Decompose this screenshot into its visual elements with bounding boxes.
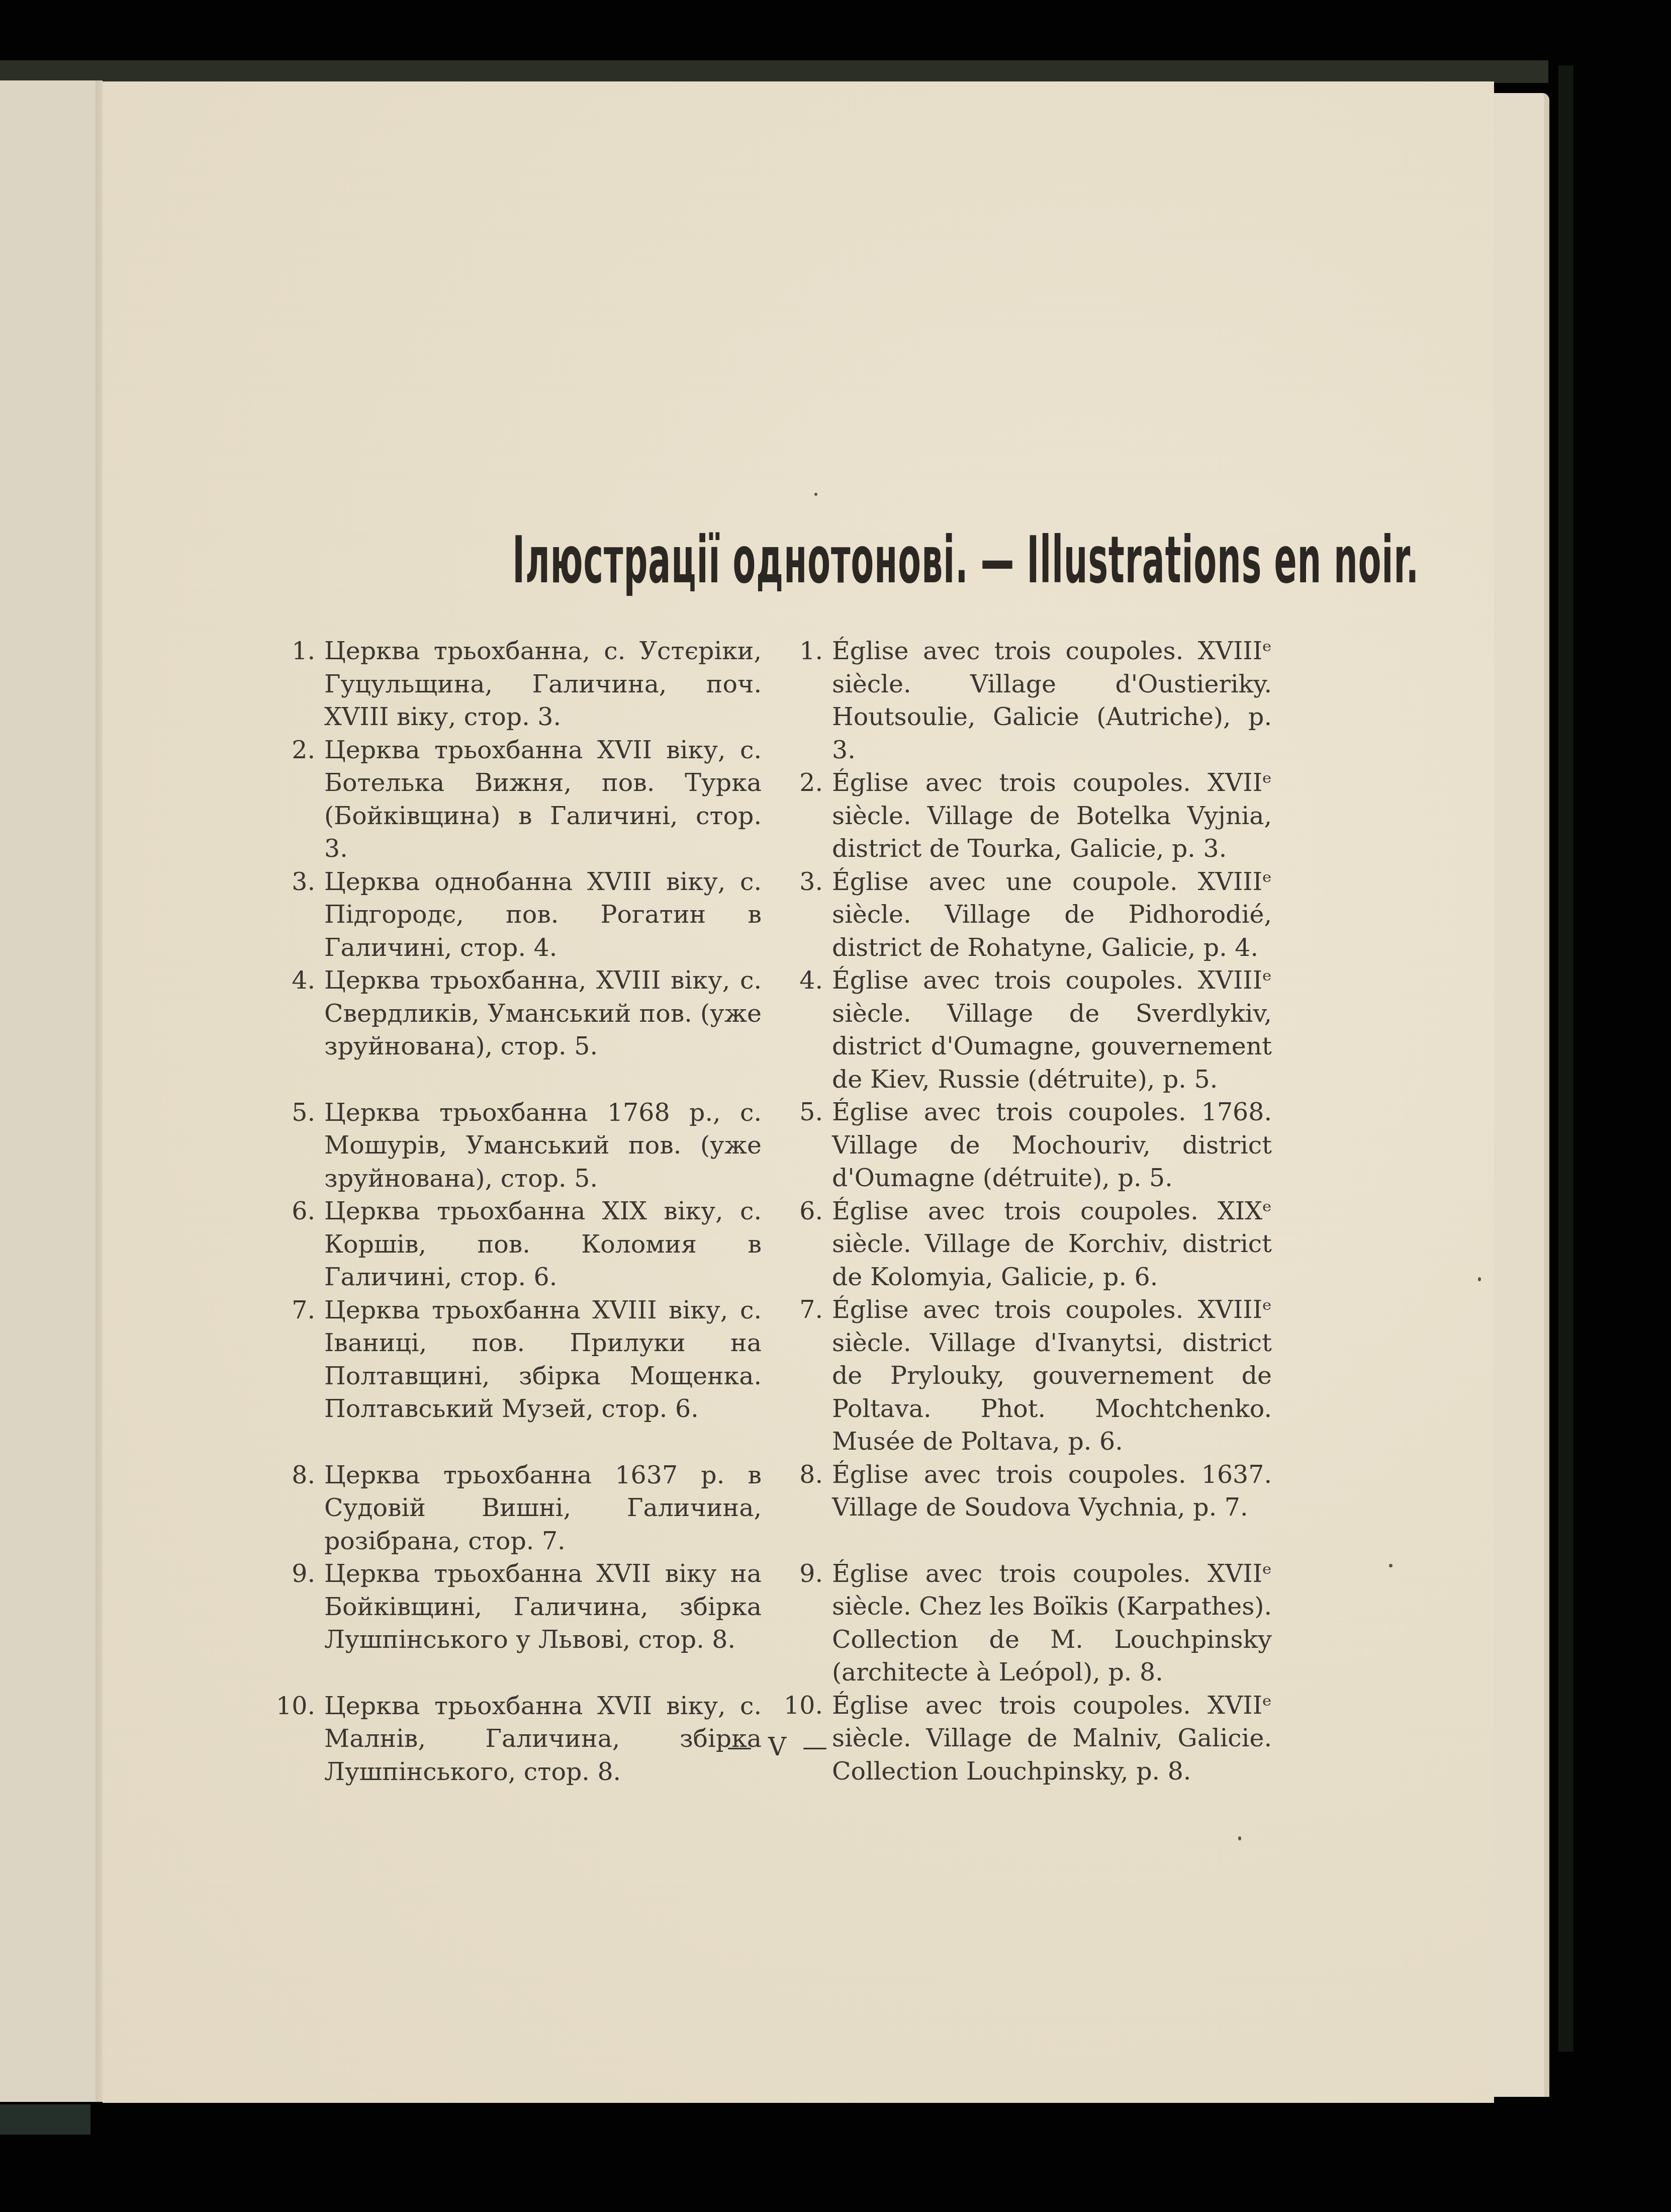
caption-entry: 3.Église avec une coupole. XVIIIᵉ siècle… (779, 865, 1272, 964)
entry-text: Церква однобанна XVIII віку, с. Підгород… (324, 865, 762, 964)
entry-number: 5. (271, 1096, 324, 1195)
caption-entry: 5.Церква трьохбанна 1768 р., с. Мошурів,… (271, 1096, 762, 1195)
caption-entry: 6.Церква трьохбанна XIX віку, с. Коршів,… (271, 1195, 762, 1294)
entry-text: Église avec trois coupoles. 1768. Villag… (832, 1096, 1272, 1195)
entry-text: Церква трьохбанна XVII віку на Бойківщин… (324, 1557, 762, 1656)
entry-text: Церква трьохбанна, XVIII віку, с. Свердл… (324, 964, 762, 1063)
entry-number: 10. (271, 1690, 324, 1789)
entry-text: Церква трьохбанна 1768 р., с. Мошурів, У… (324, 1096, 762, 1195)
page-title: Ілюстрації однотонові. — Illustrations e… (512, 523, 1035, 598)
entry-text: Église avec trois coupoles. XVIIIᵉ siècl… (832, 635, 1272, 766)
entry-number: 8. (271, 1459, 324, 1558)
caption-entry: 4.Église avec trois coupoles. XVIIIᵉ siè… (779, 964, 1272, 1096)
ukrainian-caption-list: 1.Церква трьохбанна, с. Устєріки, Гуцуль… (271, 635, 762, 1788)
entry-number: 8. (779, 1458, 832, 1524)
caption-entry: 6.Église avec trois coupoles. XIXᵉ siècl… (779, 1195, 1272, 1294)
book-binding-right (1558, 65, 1573, 2052)
entry-number: 1. (779, 635, 832, 766)
entry-number: 5. (779, 1096, 832, 1195)
paper-speck (1389, 1564, 1392, 1567)
page-gutter (96, 80, 103, 2102)
french-caption-list: 1.Église avec trois coupoles. XVIIIᵉ siè… (779, 635, 1272, 1788)
entry-text: Église avec trois coupoles. XVIIIᵉ siècl… (832, 1293, 1272, 1458)
entry-number: 4. (779, 964, 832, 1096)
entry-text: Église avec trois coupoles. XVIIᵉ siècle… (832, 1689, 1272, 1788)
paper-speck (1478, 1277, 1481, 1281)
entry-number: 1. (271, 635, 324, 734)
caption-entry: 1.Церква трьохбанна, с. Устєріки, Гуцуль… (271, 635, 762, 734)
book-binding-bottom (0, 2104, 90, 2135)
page-stack-edge (1488, 93, 1549, 2097)
caption-entry: 1.Église avec trois coupoles. XVIIIᵉ siè… (779, 635, 1272, 766)
entry-number: 3. (271, 865, 324, 964)
entry-text: Церква трьохбанна, с. Устєріки, Гуцульщи… (324, 635, 762, 734)
caption-entry: 2.Церква трьохбанна XVII віку, с. Ботель… (271, 734, 762, 865)
paper-speck (814, 493, 817, 496)
entry-text: Église avec trois coupoles. 1637. Villag… (832, 1458, 1272, 1524)
entry-text: Церква трьохбанна XIX віку, с. Коршів, п… (324, 1195, 762, 1294)
entry-text: Église avec trois coupoles. XIXᵉ siècle.… (832, 1195, 1272, 1294)
caption-entry: 9.Église avec trois coupoles. XVIIᵉ sièc… (779, 1557, 1272, 1689)
page-number: — V — (679, 1732, 880, 1761)
caption-entry: 8.Église avec trois coupoles. 1637. Vill… (779, 1458, 1272, 1524)
entry-text: Église avec trois coupoles. XVIIIᵉ siècl… (832, 964, 1272, 1096)
entry-number: 2. (779, 766, 832, 865)
entry-number: 9. (779, 1557, 832, 1689)
entry-text: Église avec trois coupoles. XVIIᵉ siècle… (832, 766, 1272, 865)
entry-number: 7. (271, 1294, 324, 1426)
entry-number: 2. (271, 734, 324, 865)
entry-number: 6. (271, 1195, 324, 1294)
caption-entry: 2.Église avec trois coupoles. XVIIᵉ sièc… (779, 766, 1272, 865)
entry-text: Церква трьохбанна XVIII віку, с. Іваниці… (324, 1294, 762, 1426)
entry-text: Église avec une coupole. XVIIIᵉ siècle. … (832, 865, 1272, 964)
entry-number: 6. (779, 1195, 832, 1294)
caption-entry: 7.Церква трьохбанна XVIII віку, с. Івани… (271, 1294, 762, 1426)
caption-entry: 9.Церква трьохбанна XVII віку на Бойківщ… (271, 1557, 762, 1656)
caption-entry: 5.Église avec trois coupoles. 1768. Vill… (779, 1096, 1272, 1195)
entry-text: Église avec trois coupoles. XVIIᵉ siècle… (832, 1557, 1272, 1689)
paper-speck (1238, 1836, 1241, 1840)
book-binding-top (0, 60, 1548, 83)
caption-entry: 7.Église avec trois coupoles. XVIIIᵉ siè… (779, 1293, 1272, 1458)
entry-number: 4. (271, 964, 324, 1063)
entry-number: 7. (779, 1293, 832, 1458)
entry-text: Церква трьохбанна XVII віку, с. Ботелька… (324, 734, 762, 865)
entry-number: 3. (779, 865, 832, 964)
caption-entry: 8.Церква трьохбанна 1637 р. в Судовій Ви… (271, 1459, 762, 1558)
caption-entry: 3.Церква однобанна XVIII віку, с. Підгор… (271, 865, 762, 964)
entry-text: Церква трьохбанна 1637 р. в Судовій Вишн… (324, 1459, 762, 1558)
facing-page-edge (0, 80, 101, 2102)
caption-entry: 4.Церква трьохбанна, XVIII віку, с. Свер… (271, 964, 762, 1063)
entry-number: 9. (271, 1557, 324, 1656)
